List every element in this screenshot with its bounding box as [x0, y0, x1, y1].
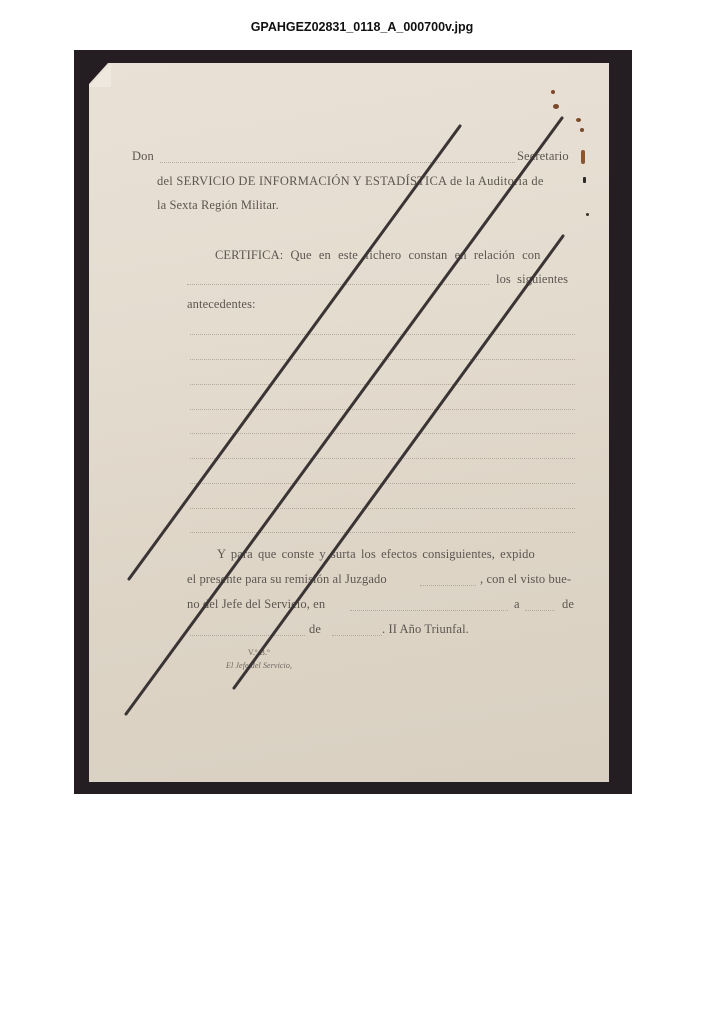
cancellation-strokes [0, 0, 724, 1024]
cancel-stroke-3 [234, 236, 563, 688]
cancel-stroke-1 [129, 126, 460, 579]
cancel-stroke-2 [126, 118, 562, 714]
